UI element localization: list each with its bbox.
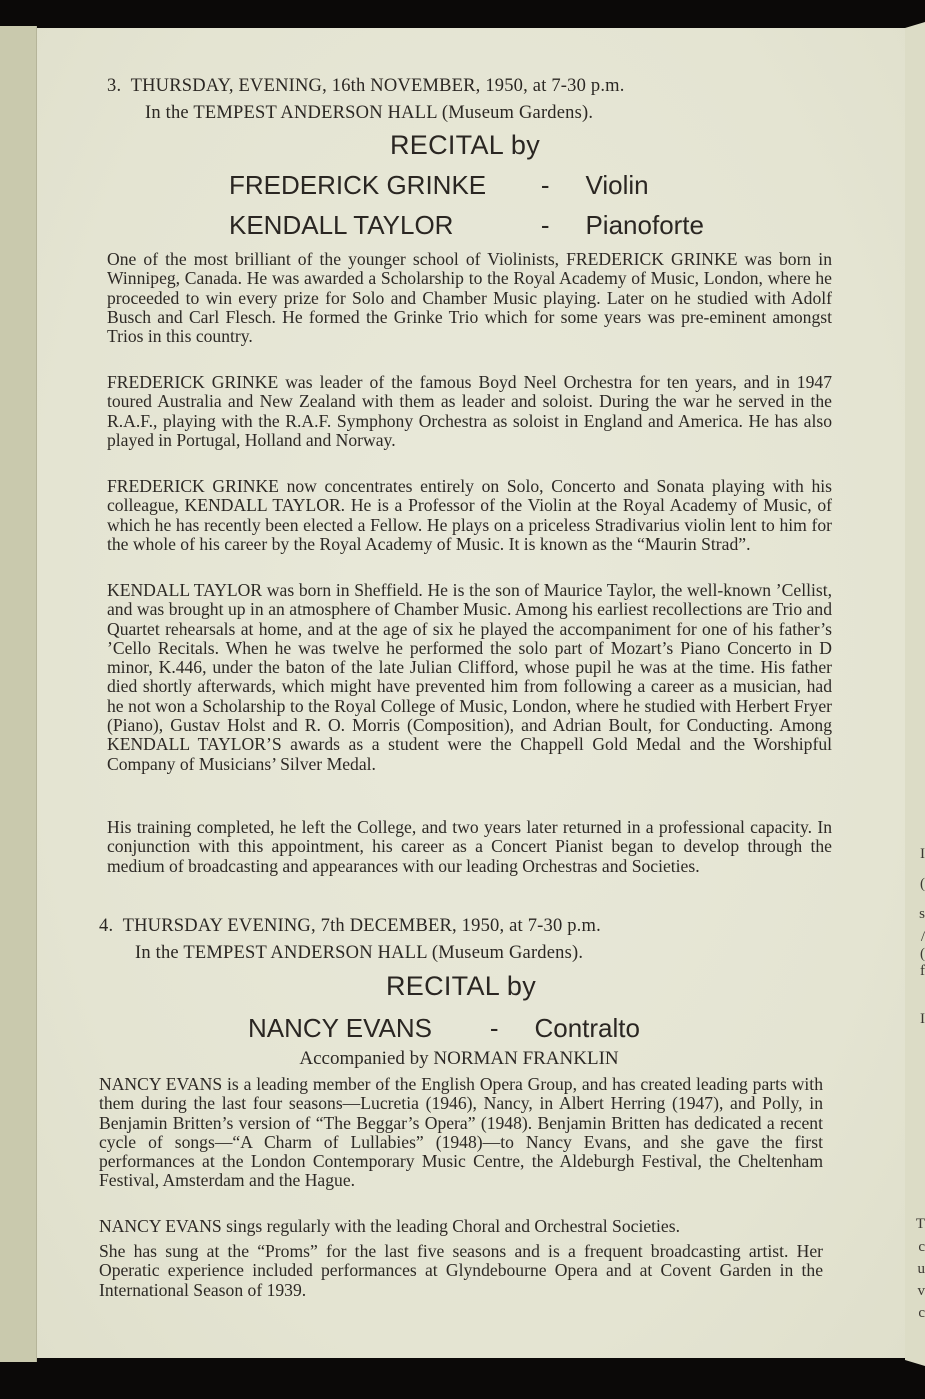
performer-separator: - xyxy=(536,170,554,201)
right-page-text-fragment: I xyxy=(920,1012,925,1027)
performer-separator: - xyxy=(485,1013,503,1044)
biography-paragraph: One of the most brilliant of the younger… xyxy=(107,250,832,346)
right-page-text-fragment: T xyxy=(916,1217,925,1232)
biography-paragraph: FREDERICK GRINKE now concentrates entire… xyxy=(107,477,832,554)
biography-paragraph: FREDERICK GRINKE was leader of the famou… xyxy=(107,373,832,450)
event-4-date-line: 4. THURSDAY EVENING, 7th DECEMBER, 1950,… xyxy=(99,916,601,937)
right-page-text-fragment: ( xyxy=(920,877,925,892)
right-page-edge: I ( s / ( f I T c u v c xyxy=(905,22,925,1366)
performer-separator: - xyxy=(536,210,554,241)
event-3-venue: In the TEMPEST ANDERSON HALL (Museum Gar… xyxy=(145,103,593,124)
right-page-text-fragment: I xyxy=(920,847,925,862)
programme-page: 3. THURSDAY, EVENING, 16th NOVEMBER, 195… xyxy=(37,28,905,1358)
event-date: THURSDAY EVENING, 7th DECEMBER, 1950, at… xyxy=(123,916,601,936)
right-page-text-fragment: v xyxy=(918,1284,925,1299)
right-page-text-fragment: c xyxy=(918,1240,925,1255)
event-number: 4. xyxy=(99,916,113,936)
event-number: 3. xyxy=(107,76,121,96)
accompanist-line: Accompanied by NORMAN FRANKLIN xyxy=(25,1048,893,1070)
event-3-date-line: 3. THURSDAY, EVENING, 16th NOVEMBER, 195… xyxy=(107,76,625,97)
right-page-text-fragment: f xyxy=(920,964,925,979)
performer-name: FREDERICK GRINKE xyxy=(229,170,529,201)
event-date: THURSDAY, EVENING, 16th NOVEMBER, 1950, … xyxy=(131,76,625,96)
left-page-edge xyxy=(0,26,37,1362)
biography-paragraph: She has sung at the “Proms” for the last… xyxy=(99,1242,823,1300)
event-4-recital-heading: RECITAL by xyxy=(27,971,895,1002)
event-3-recital-heading: RECITAL by xyxy=(31,130,899,161)
biography-paragraph: KENDALL TAYLOR was born in Sheffield. He… xyxy=(107,581,832,774)
performer-name: NANCY EVANS xyxy=(248,1013,478,1044)
performer-instrument: Pianoforte xyxy=(585,210,704,240)
performer-instrument: Violin xyxy=(585,170,648,200)
performer-name: KENDALL TAYLOR xyxy=(229,210,529,241)
biography-paragraph: His training completed, he left the Coll… xyxy=(107,818,832,876)
event-4-venue: In the TEMPEST ANDERSON HALL (Museum Gar… xyxy=(135,943,583,964)
right-page-text-fragment: ( xyxy=(920,947,925,962)
biography-paragraph: NANCY EVANS sings regularly with the lea… xyxy=(99,1217,823,1236)
performer-line: NANCY EVANS - Contralto xyxy=(248,1013,640,1044)
performer-instrument: Contralto xyxy=(534,1013,640,1043)
right-page-text-fragment: u xyxy=(918,1262,925,1277)
performer-line: FREDERICK GRINKE - Violin xyxy=(229,170,649,201)
right-page-text-fragment: s xyxy=(919,907,925,922)
biography-paragraph: NANCY EVANS is a leading member of the E… xyxy=(99,1075,823,1191)
right-page-text-fragment: c xyxy=(918,1306,925,1321)
right-page-text-fragment: / xyxy=(921,930,925,945)
performer-line: KENDALL TAYLOR - Pianoforte xyxy=(229,210,704,241)
